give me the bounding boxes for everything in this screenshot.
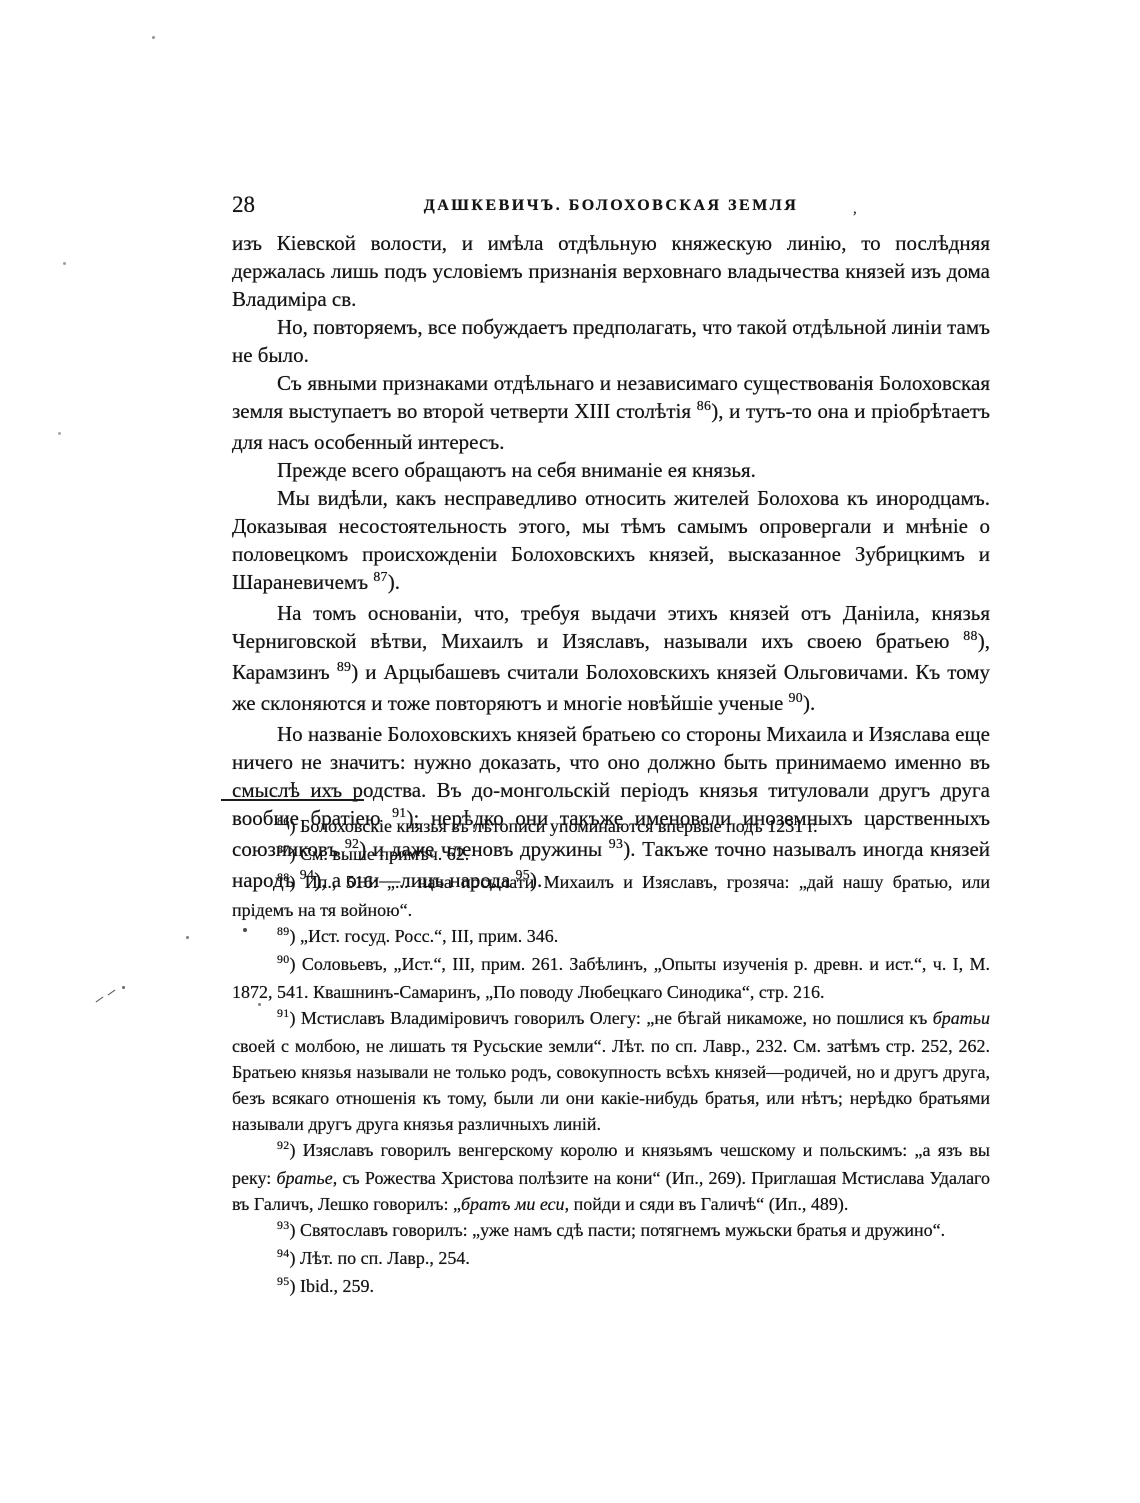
footnote-number: 86 bbox=[277, 808, 289, 834]
footnote-number: 90 bbox=[277, 946, 289, 972]
footnote: 95) Ibid., 259. bbox=[232, 1273, 990, 1301]
scan-speck bbox=[152, 36, 155, 39]
footnote-number: 93 bbox=[277, 1212, 289, 1238]
footnote-number: 87 bbox=[277, 836, 289, 862]
footnote-number: 92 bbox=[277, 1132, 289, 1158]
paragraph: Прежде всего обращаютъ на себя вниманіе … bbox=[232, 456, 990, 484]
paragraph: Съ явными признаками отдѣльнаго и незави… bbox=[232, 369, 990, 456]
footnote-number: 94 bbox=[277, 1240, 289, 1266]
paragraph: изъ Кіевской волости, и имѣла отдѣльную … bbox=[232, 229, 990, 313]
footnote: 91) Мстиславъ Владиміровичъ говорилъ Оле… bbox=[232, 1005, 990, 1137]
paragraph: На томъ основаніи, что, требуя выдачи эт… bbox=[232, 599, 990, 720]
footnote: 93) Святославъ говорилъ: „уже намъ сдѣ п… bbox=[232, 1217, 990, 1245]
footnotes: 86) Болоховскіе князья въ лѣтописи упоми… bbox=[232, 813, 990, 1301]
footnote: 88) Ип., 516: „... нача посылати Михаилъ… bbox=[232, 869, 990, 923]
footnote: 86) Болоховскіе князья въ лѣтописи упоми… bbox=[232, 813, 990, 841]
scan-speck bbox=[58, 432, 61, 435]
footnote-number: 95 bbox=[277, 1268, 289, 1294]
footnote-number: 91 bbox=[277, 1000, 289, 1026]
footnote: 92) Изяславъ говорилъ венгерскому королю… bbox=[232, 1137, 990, 1217]
italic-quote: братьи bbox=[933, 1008, 990, 1028]
footnote: 90) Соловьевъ, „Ист.“, III, прим. 261. З… bbox=[232, 951, 990, 1005]
body-text: изъ Кіевской волости, и имѣла отдѣльную … bbox=[232, 229, 990, 897]
scan-speck bbox=[186, 936, 189, 939]
footnote-ref: 87 bbox=[373, 563, 387, 591]
pencil-mark bbox=[108, 990, 116, 996]
footnote-separator-rule bbox=[221, 799, 364, 801]
footnote-number: 89 bbox=[277, 918, 289, 944]
scan-speck bbox=[63, 262, 66, 265]
footnote: 94) Лѣт. по сп. Лавр., 254. bbox=[232, 1245, 990, 1273]
footnote-ref: 89 bbox=[337, 653, 351, 681]
running-header: ДАШКЕВИЧЪ. БОЛОХОВСКАЯ ЗЕМЛЯ bbox=[232, 197, 990, 215]
scanned-book-page: 28 ДАШКЕВИЧЪ. БОЛОХОВСКАЯ ЗЕМЛЯ изъ Кіев… bbox=[0, 0, 1140, 1503]
italic-quote: братъ ми еси bbox=[461, 1194, 565, 1214]
paragraph: Но, повторяемъ, все побуждаетъ предполаг… bbox=[232, 313, 990, 369]
italic-quote: братье bbox=[276, 1168, 332, 1188]
footnote: 87) См. выше примѣч. 62. bbox=[232, 841, 990, 869]
scan-speck bbox=[122, 986, 125, 989]
footnote-ref: 88 bbox=[963, 622, 977, 650]
scan-speck bbox=[258, 1003, 261, 1006]
footnote-number: 88 bbox=[277, 864, 289, 890]
paragraph: Мы видѣли, какъ несправедливо относить ж… bbox=[232, 484, 990, 599]
scan-speck bbox=[243, 928, 247, 932]
pencil-mark bbox=[96, 997, 104, 1003]
footnote-ref: 86 bbox=[697, 392, 711, 420]
footnote-ref: 90 bbox=[789, 684, 803, 712]
footnote: 89) „Ист. госуд. Росс.“, III, прим. 346. bbox=[232, 923, 990, 951]
scan-speck: , bbox=[853, 201, 857, 218]
